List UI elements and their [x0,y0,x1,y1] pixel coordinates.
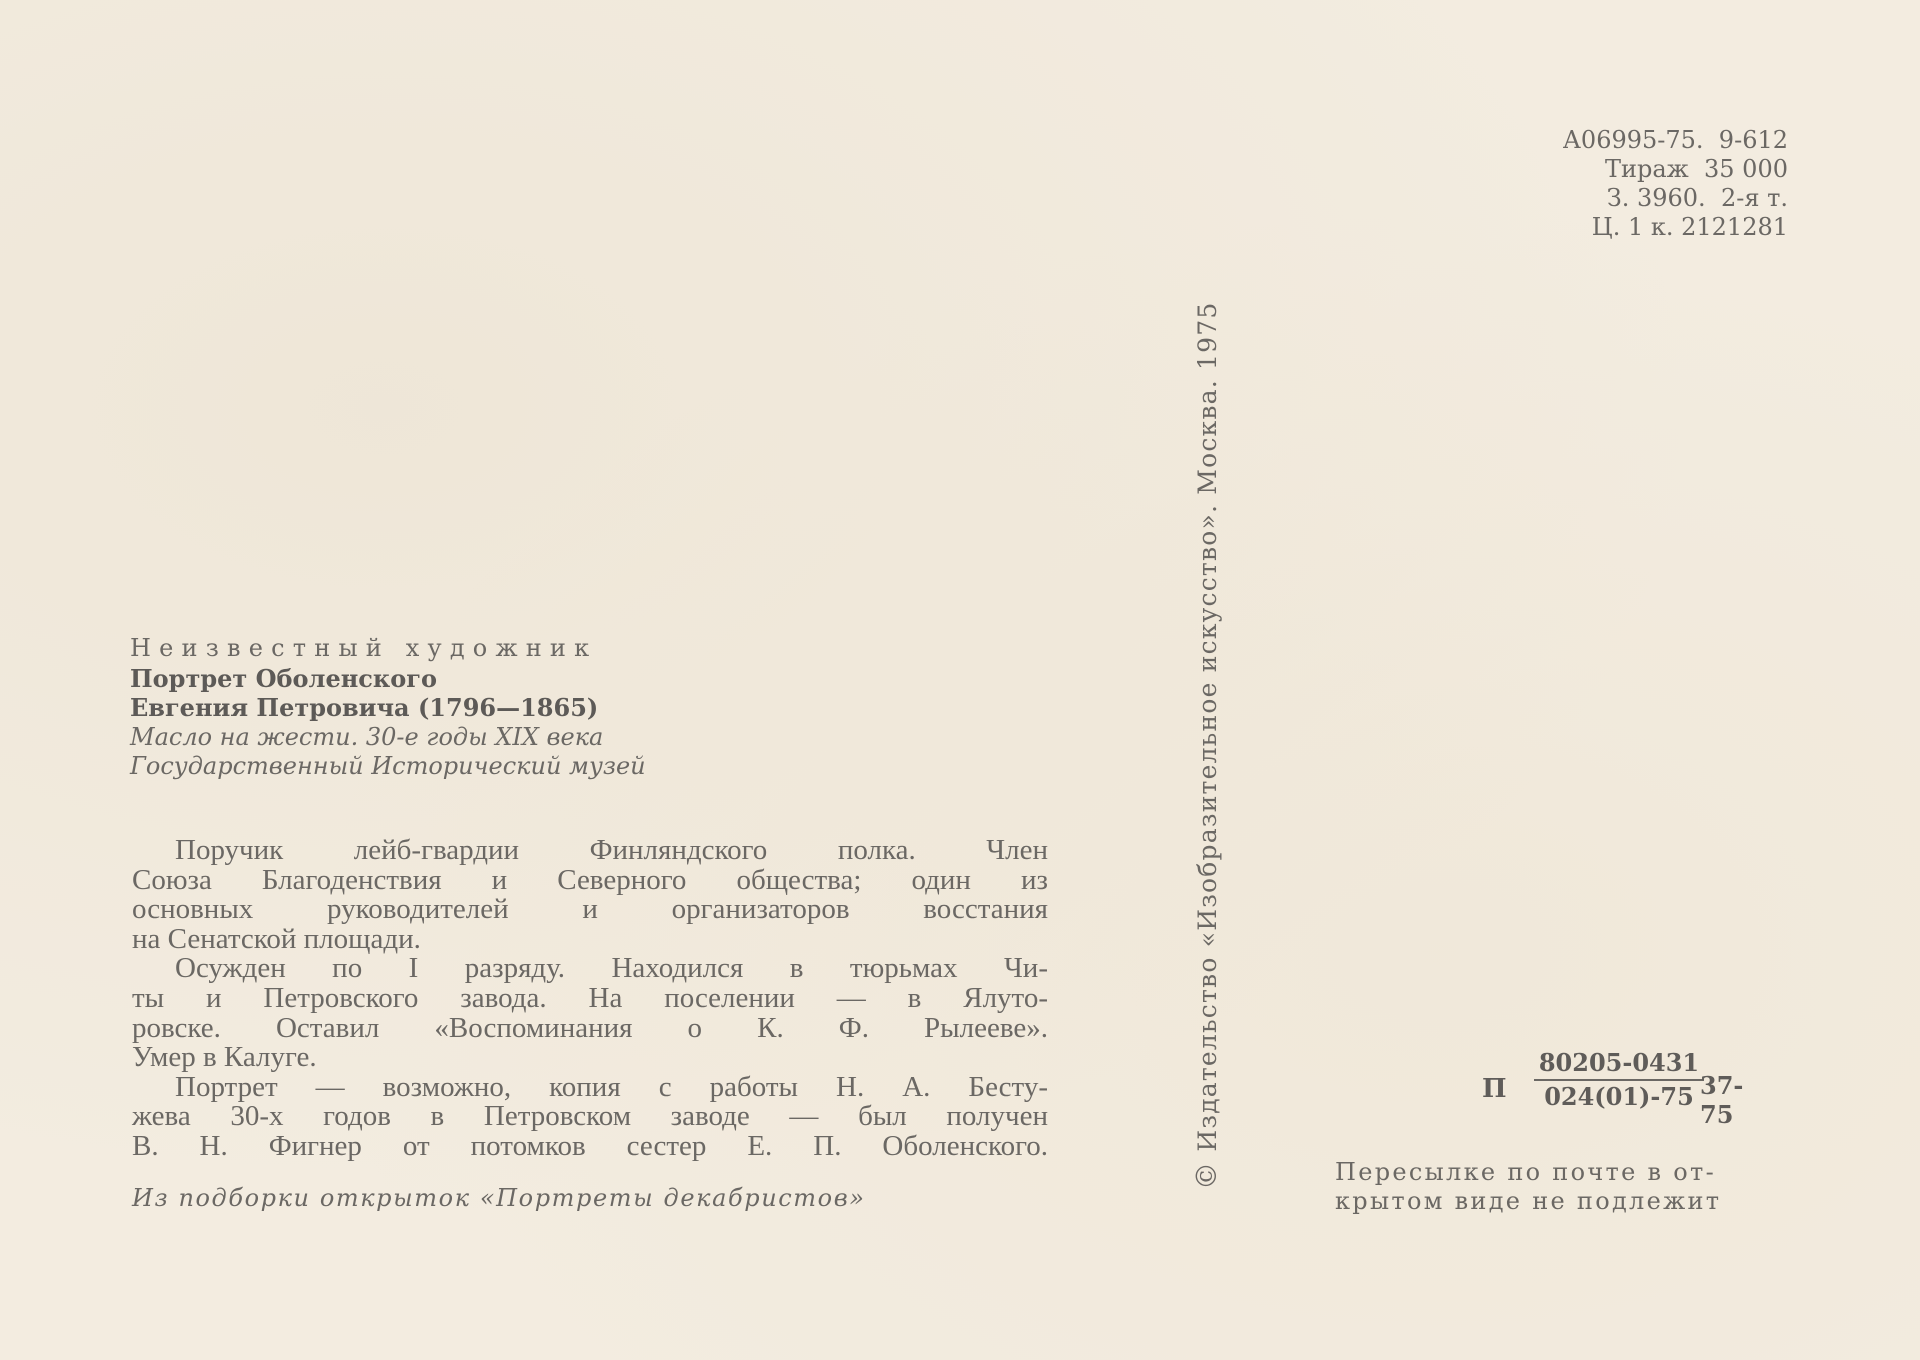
text-line: ты и Петровского завода. На поселении — … [132,984,1048,1014]
postal-notice: Пересылке по почте в от- крытом виде не … [1335,1158,1795,1216]
notice-line: крытом виде не подлежит [1335,1187,1795,1216]
artwork-medium: Масло на жести. 30-е годы XIX века [130,723,646,753]
text-line: на Сенатской площади. [132,925,1048,955]
imprint-line: З. 3960. 2-я т. [1500,184,1788,213]
index-numerator: 80205-0431 [1534,1050,1704,1081]
text-line: жева 30-х годов в Петровском заводе — бы… [132,1102,1048,1132]
artwork-title-line-2: Евгения Петровича (1796—1865) [130,693,646,723]
imprint-line: А06995-75. 9-612 [1500,126,1788,155]
text-line: Поручик лейб-гвардии Финляндского полка.… [132,836,1048,866]
copyright-icon: © [1190,1161,1223,1190]
text-line: Умер в Калуге. [132,1043,1048,1073]
biography-paragraph: Поручик лейб-гвардии Финляндского полка.… [132,836,1048,954]
publisher-text: Издательство «Изобразительное искусство»… [1193,302,1222,1152]
caption-block: Неизвестный художник Портрет Оболенского… [130,634,646,782]
biography-paragraph: Осужден по I разряду. Находился в тюрьма… [132,954,1048,1072]
text-line: Осужден по I разряду. Находился в тюрьма… [132,954,1048,984]
artwork-collection: Государственный Исторический музей [130,752,646,782]
publisher-line: © Издательство «Изобразительное искусств… [1190,150,1223,1190]
imprint-line: Ц. 1 к. 2121281 [1500,213,1788,242]
index-letter: П [1482,1074,1507,1104]
series-note: Из подборки открыток «Портреты декабрист… [132,1184,866,1212]
text-line: В. Н. Фигнер от потомков сестер Е. П. Об… [132,1132,1048,1162]
text-line: ровске. Оставил «Воспоминания о К. Ф. Ры… [132,1014,1048,1044]
biography-text: Поручик лейб-гвардии Финляндского полка.… [132,836,1048,1162]
notice-line: Пересылке по почте в от- [1335,1158,1795,1187]
index-fraction: 80205-0431 024(01)-75 [1534,1050,1704,1111]
text-line: основных руководителей и организаторов в… [132,895,1048,925]
imprint-block: А06995-75. 9-612 Тираж 35 000 З. 3960. 2… [1500,126,1788,242]
text-line: Союза Благоденствия и Северного общества… [132,866,1048,896]
index-denominator: 024(01)-75 [1534,1081,1704,1111]
artwork-title-line-1: Портрет Оболенского [130,664,646,694]
imprint-line: Тираж 35 000 [1500,155,1788,184]
artist-name: Неизвестный художник [130,634,646,664]
text-line: Портрет — возможно, копия с работы Н. А.… [132,1073,1048,1103]
index-suffix: 37-75 [1700,1071,1743,1129]
biography-paragraph: Портрет — возможно, копия с работы Н. А.… [132,1073,1048,1162]
